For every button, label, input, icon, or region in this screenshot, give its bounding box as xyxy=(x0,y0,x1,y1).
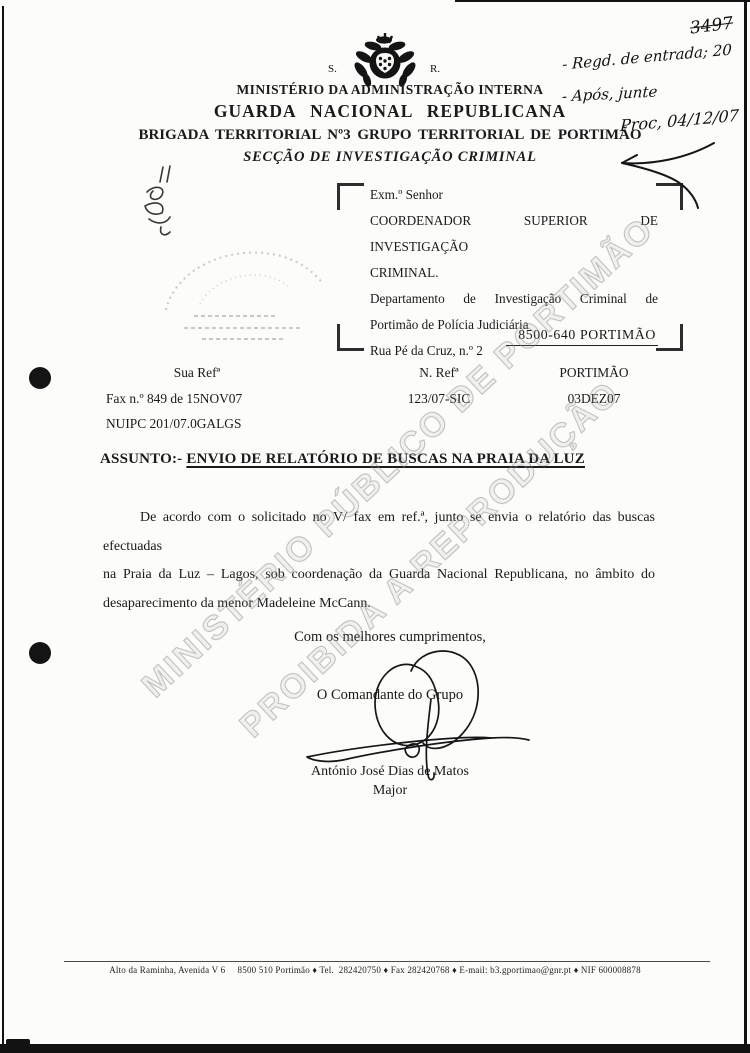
our-reference-block: N. Refª 123/07-SIC xyxy=(396,360,482,411)
faded-stamp xyxy=(158,222,333,347)
recipient-line: CRIMINAL. xyxy=(370,260,658,286)
scan-edge-left xyxy=(2,6,4,1046)
subject-line: ASSUNTO:- ENVIO DE RELATÓRIO DE BUSCAS N… xyxy=(100,451,585,468)
date: 03DEZ07 xyxy=(541,386,647,412)
subject-title: ENVIO DE RELATÓRIO DE BUSCAS NA PRAIA DA… xyxy=(186,451,585,467)
ink-scribble xyxy=(140,165,192,237)
our-ref-label: N. Refª xyxy=(396,360,482,386)
footer-rule xyxy=(64,961,710,962)
hole-punch-bottom xyxy=(29,642,51,664)
body-line: na Praia da Luz – Lagos, sob coordenação… xyxy=(103,561,655,590)
scan-edge-top xyxy=(455,0,750,2)
your-ref-label: Sua Refª xyxy=(106,360,288,386)
place: PORTIMÃO xyxy=(541,360,647,386)
scanned-letter-page: S. R. MINISTÉRIO DA ADMINISTRAÇÃO INTERN… xyxy=(0,0,750,1053)
handwritten-note-1: - Regd. de entrada; 20 xyxy=(562,41,732,74)
recipient-postal-code: 8500-640 PORTIMÃO xyxy=(370,327,658,346)
body-line: De acordo com o solicitado no V/ fax em … xyxy=(103,504,655,561)
crest-initial-r: R. xyxy=(430,63,440,75)
handwritten-arrow-flourish xyxy=(612,138,722,210)
address-frame-bottom-right xyxy=(656,324,683,351)
address-frame-top-left xyxy=(337,183,364,210)
scan-edge-bottom xyxy=(0,1044,750,1053)
place-date-block: PORTIMÃO 03DEZ07 xyxy=(541,360,647,411)
hole-punch-top xyxy=(29,367,51,389)
subject-label: ASSUNTO:- xyxy=(100,451,186,467)
recipient-line: Departamento de Investigação Criminal de xyxy=(370,286,658,312)
footer-contact-line: Alto da Raminha, Avenida V 6 8500 510 Po… xyxy=(0,965,750,975)
signer-rank: Major xyxy=(30,783,750,799)
handwritten-page-number: 3497 xyxy=(689,13,734,38)
signature-scrawl xyxy=(285,645,535,783)
closing-salutation: Com os melhores cumprimentos, xyxy=(30,629,750,646)
scan-edge-bottom-bump xyxy=(6,1039,30,1045)
your-ref-nuipc: NUIPC 201/07.0GALGS xyxy=(106,411,288,437)
letter-body: De acordo com o solicitado no V/ fax em … xyxy=(103,504,655,618)
scan-edge-right xyxy=(744,0,747,1053)
our-ref-value: 123/07-SIC xyxy=(396,386,482,412)
recipient-line: COORDENADOR SUPERIOR DE INVESTIGAÇÃO xyxy=(370,208,658,260)
crest-initial-s: S. xyxy=(328,63,337,75)
body-line: desaparecimento da menor Madeleine McCan… xyxy=(103,590,655,619)
your-reference-block: Sua Refª Fax n.º 849 de 15NOV07 NUIPC 20… xyxy=(106,360,288,437)
your-ref-fax: Fax n.º 849 de 15NOV07 xyxy=(106,386,288,412)
address-frame-bottom-left xyxy=(337,324,364,351)
